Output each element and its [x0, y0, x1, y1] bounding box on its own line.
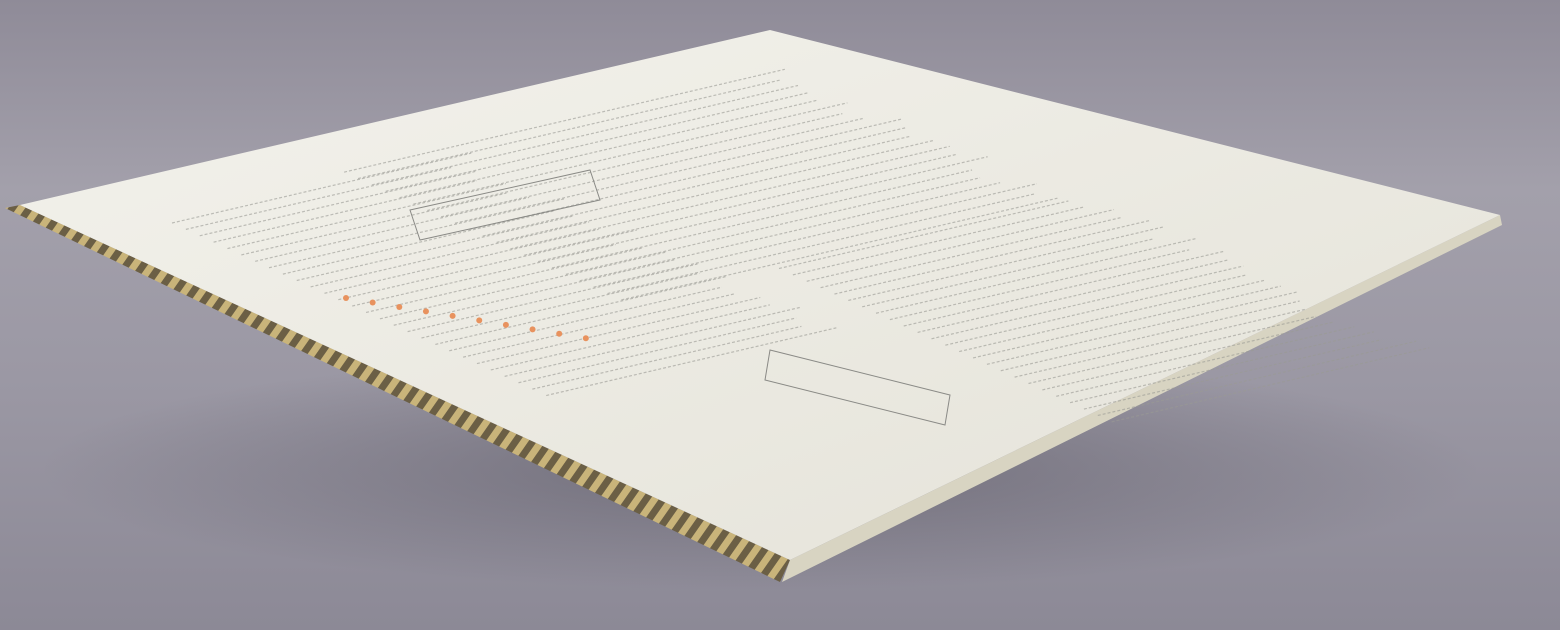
photo-scene	[0, 0, 1560, 630]
